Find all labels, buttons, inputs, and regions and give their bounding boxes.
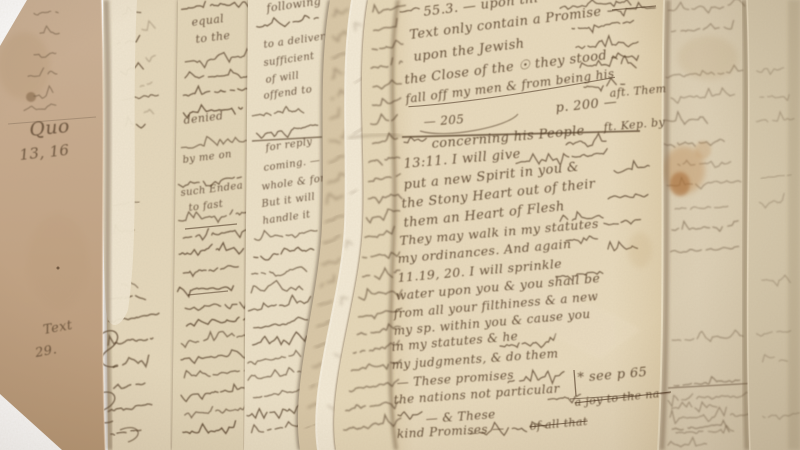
manuscript-scene: Stack of old handwritten manuscript leav… (0, 0, 800, 450)
manuscript-photograph: Stack of old handwritten manuscript leav… (0, 0, 800, 450)
vignette-overlay (0, 0, 800, 450)
